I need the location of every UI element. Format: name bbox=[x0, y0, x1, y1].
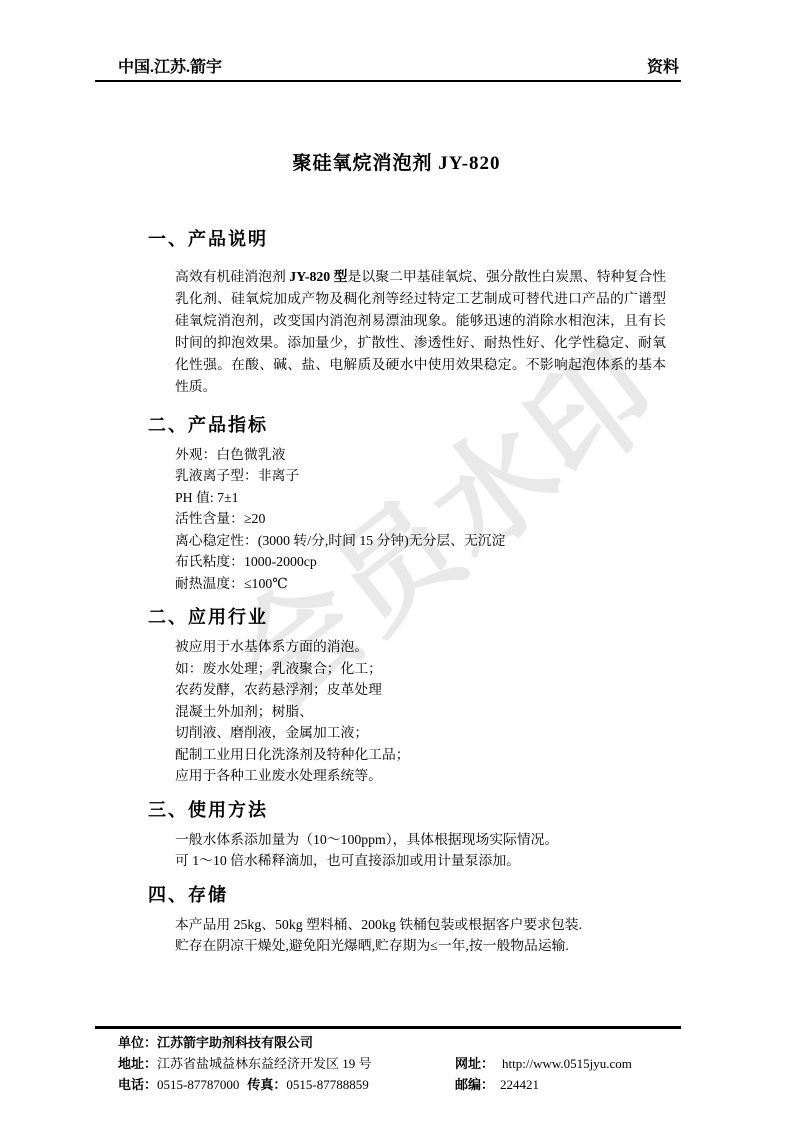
section-applications: 二、应用行业 被应用于水基体系方面的消泡。 如：废水处理；乳液聚合；化工； 农药… bbox=[148, 604, 666, 787]
address-label: 地址： bbox=[118, 1056, 157, 1071]
section-product-specs: 二、产品指标 外观：白色微乳液 乳液离子型：非离子 PH 值: 7±1 活性含量… bbox=[148, 412, 666, 595]
spec-heat-resistance: 耐热温度：≤100℃ bbox=[175, 573, 666, 595]
section-heading-product-specs: 二、产品指标 bbox=[148, 412, 666, 438]
footer-row-phone: 电话：0515-87787000传真：0515-87788859 邮编：2244… bbox=[118, 1074, 681, 1095]
section-heading-usage: 三、使用方法 bbox=[148, 797, 666, 823]
application-line: 被应用于水基体系方面的消泡。 bbox=[175, 636, 666, 658]
fax-label: 传真： bbox=[247, 1077, 286, 1092]
phone-value: 0515-87787000 bbox=[157, 1077, 239, 1092]
website-value: http://www.0515jyu.com bbox=[502, 1056, 632, 1071]
company-label: 单位： bbox=[118, 1035, 157, 1050]
section-heading-storage: 四、存储 bbox=[148, 882, 666, 908]
spec-centrifugal-stability: 离心稳定性：(3000 转/分,时间 15 分钟)无分层、无沉淀 bbox=[175, 530, 666, 552]
fax-value: 0515-87788859 bbox=[286, 1077, 368, 1092]
address-value: 江苏省盐城益林东益经济开发区 19 号 bbox=[157, 1056, 372, 1071]
application-line: 切削液、磨削液，金属加工液； bbox=[175, 722, 666, 744]
footer-row-address: 地址：江苏省盐城益林东益经济开发区 19 号 网址：http://www.051… bbox=[118, 1053, 681, 1074]
zip-value: 224421 bbox=[500, 1077, 539, 1092]
spec-ph: PH 值: 7±1 bbox=[175, 487, 666, 509]
storage-line: 本产品用 25kg、50kg 塑料桶、200kg 铁桶包装或根据客户要求包装. bbox=[175, 914, 666, 936]
storage-line: 贮存在阴凉干燥处,避免阳光爆晒,贮存期为≤一年,按一般物品运输. bbox=[175, 935, 666, 957]
spec-active-content: 活性含量：≥20 bbox=[175, 508, 666, 530]
header-brand: 中国.江苏.箭宇 bbox=[118, 54, 222, 77]
section-heading-product-description: 一、产品说明 bbox=[148, 226, 666, 252]
zip-label: 邮编： bbox=[455, 1077, 494, 1092]
footer-row-company: 单位：江苏箭宇助剂科技有限公司 bbox=[118, 1032, 681, 1053]
section-product-description: 一、产品说明 高效有机硅消泡剂 JY-820 型是以聚二甲基硅氧烷、强分散性白炭… bbox=[148, 226, 666, 398]
phone-label: 电话： bbox=[118, 1077, 157, 1092]
usage-line: 可 1～10 倍水稀释滴加，也可直接添加或用计量泵添加。 bbox=[175, 850, 666, 872]
product-model-bold: JY-820 型 bbox=[289, 269, 347, 284]
application-line: 农药发酵，农药悬浮剂；皮革处理 bbox=[175, 679, 666, 701]
application-line: 配制工业用日化洗涤剂及特种化工品； bbox=[175, 744, 666, 766]
header-doc-type: 资料 bbox=[647, 54, 679, 77]
section-storage: 四、存储 本产品用 25kg、50kg 塑料桶、200kg 铁桶包装或根据客户要… bbox=[148, 882, 666, 957]
application-line: 混凝土外加剂；树脂、 bbox=[175, 701, 666, 723]
page-header: 中国.江苏.箭宇 资料 bbox=[95, 54, 681, 82]
document-page: 会员水印 中国.江苏.箭宇 资料 聚硅氧烷消泡剂 JY-820 一、产品说明 高… bbox=[0, 0, 793, 1122]
usage-line: 一般水体系添加量为（10～100ppm），具体根据现场实际情况。 bbox=[175, 829, 666, 851]
website-label: 网址： bbox=[455, 1056, 494, 1071]
spec-viscosity: 布氏粘度：1000-2000cp bbox=[175, 551, 666, 573]
company-name: 江苏箭宇助剂科技有限公司 bbox=[157, 1035, 313, 1050]
para-prefix: 高效有机硅消泡剂 bbox=[175, 269, 289, 284]
para-rest: 是以聚二甲基硅氧烷、强分散性白炭黑、特种复合性乳化剂、硅氧烷加成产物及稠化剂等经… bbox=[175, 269, 666, 394]
page-footer: 单位：江苏箭宇助剂科技有限公司 地址：江苏省盐城益林东益经济开发区 19 号 网… bbox=[95, 1026, 681, 1095]
section-usage: 三、使用方法 一般水体系添加量为（10～100ppm），具体根据现场实际情况。 … bbox=[148, 797, 666, 872]
document-title: 聚硅氧烷消泡剂 JY-820 bbox=[0, 148, 793, 175]
application-line: 应用于各种工业废水处理系统等。 bbox=[175, 765, 666, 787]
section-heading-applications: 二、应用行业 bbox=[148, 604, 666, 630]
application-line: 如：废水处理；乳液聚合；化工； bbox=[175, 658, 666, 680]
document-body: 一、产品说明 高效有机硅消泡剂 JY-820 型是以聚二甲基硅氧烷、强分散性白炭… bbox=[148, 226, 666, 957]
spec-appearance: 外观：白色微乳液 bbox=[175, 444, 666, 466]
product-description-paragraph: 高效有机硅消泡剂 JY-820 型是以聚二甲基硅氧烷、强分散性白炭黑、特种复合性… bbox=[175, 266, 666, 398]
spec-ion-type: 乳液离子型：非离子 bbox=[175, 465, 666, 487]
